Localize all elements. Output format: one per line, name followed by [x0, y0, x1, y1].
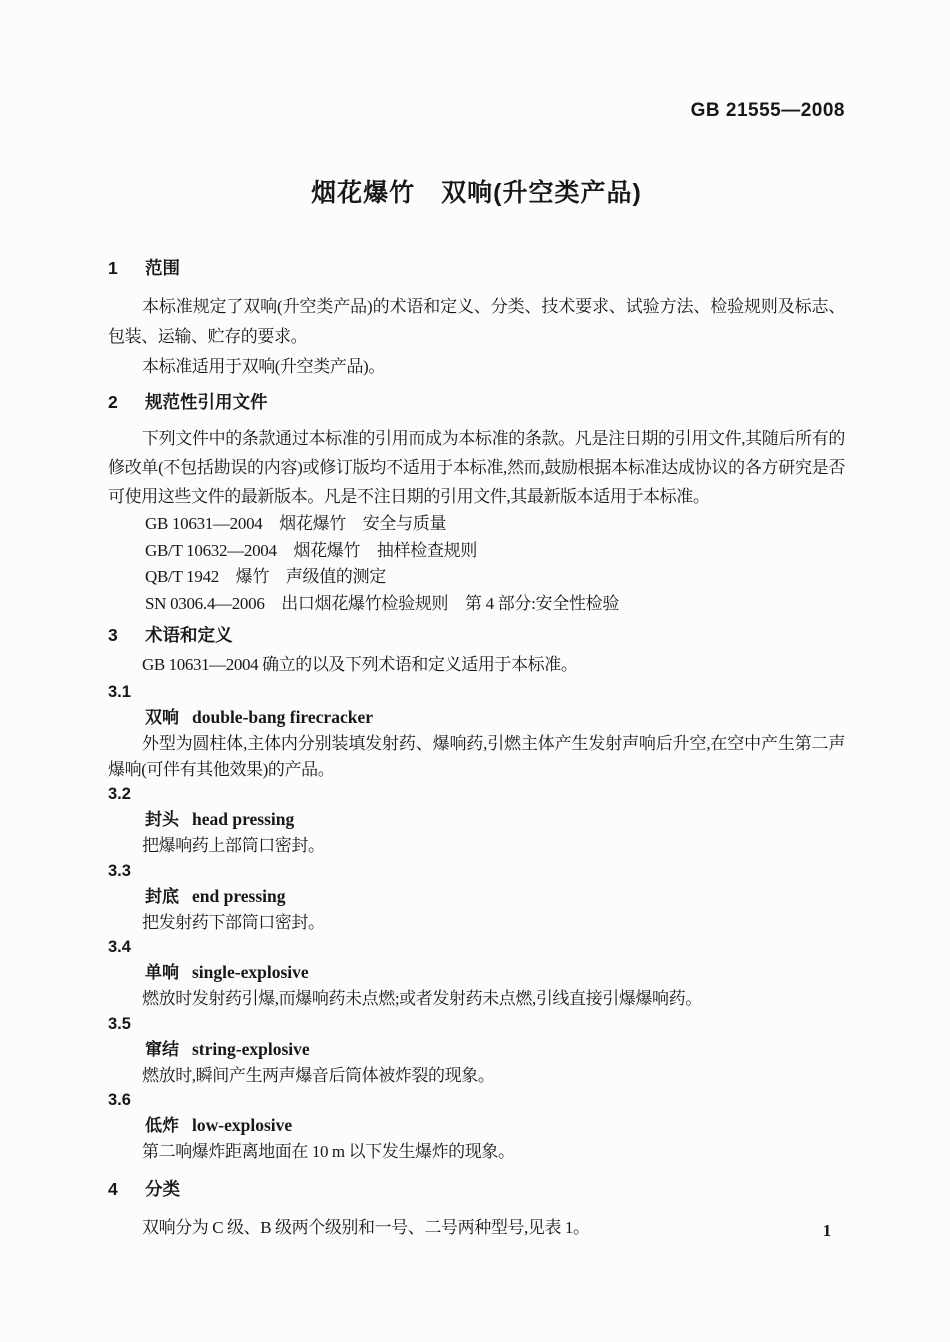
section-number: 2	[108, 392, 145, 412]
term-list: 3.1 双响double-bang firecracker 外型为圆柱体,主体内…	[108, 680, 845, 1165]
term-definition: 把爆响药上部筒口密封。	[108, 833, 845, 859]
term-name-chinese: 窜结	[145, 1040, 179, 1059]
term-entry-3-3: 3.3 封底end pressing 把发射药下部筒口密封。	[108, 859, 845, 936]
section-heading: 3术语和定义	[108, 625, 845, 645]
paragraph: 下列文件中的条款通过本标准的引用而成为本标准的条款。凡是注日期的引用文件,其随后…	[108, 424, 845, 511]
term-number: 3.1	[108, 680, 845, 705]
section-heading: 4分类	[108, 1179, 845, 1199]
section-heading: 1范围	[108, 258, 845, 278]
term-name: 单响single-explosive	[145, 960, 845, 986]
term-definition: 第二响爆炸距离地面在 10 m 以下发生爆炸的现象。	[108, 1139, 845, 1165]
term-name-english: single-explosive	[192, 962, 309, 982]
term-name-chinese: 低炸	[145, 1116, 179, 1135]
standard-number: GB 21555—2008	[108, 100, 845, 122]
term-number: 3.2	[108, 782, 845, 807]
standard-document-page: GB 21555—2008 烟花爆竹 双响(升空类产品) 1范围 本标准规定了双…	[0, 0, 950, 1342]
term-name-chinese: 双响	[145, 708, 179, 727]
reference-list: GB 10631—2004 烟花爆竹 安全与质量 GB/T 10632—2004…	[108, 511, 845, 617]
term-definition: 燃放时发射药引爆,而爆响药未点燃;或者发射药未点燃,引线直接引爆爆响药。	[108, 986, 845, 1012]
section-scope: 1范围 本标准规定了双响(升空类产品)的术语和定义、分类、技术要求、试验方法、检…	[108, 258, 845, 382]
term-number: 3.4	[108, 935, 845, 960]
term-name: 窜结string-explosive	[145, 1037, 845, 1063]
section-heading-text: 分类	[145, 1179, 180, 1199]
term-name: 封底end pressing	[145, 884, 845, 910]
term-name-english: double-bang firecracker	[192, 707, 373, 727]
section-number: 1	[108, 258, 145, 278]
term-number: 3.5	[108, 1012, 845, 1037]
term-name-chinese: 封底	[145, 887, 179, 906]
section-heading-text: 范围	[145, 258, 180, 278]
term-entry-3-5: 3.5 窜结string-explosive 燃放时,瞬间产生两声爆音后筒体被炸…	[108, 1012, 845, 1089]
section-normative-references: 2规范性引用文件 下列文件中的条款通过本标准的引用而成为本标准的条款。凡是注日期…	[108, 392, 845, 617]
section-number: 4	[108, 1179, 145, 1199]
term-entry-3-6: 3.6 低炸low-explosive 第二响爆炸距离地面在 10 m 以下发生…	[108, 1088, 845, 1165]
reference-item: QB/T 1942 爆竹 声级值的测定	[145, 564, 845, 591]
term-number: 3.3	[108, 859, 845, 884]
term-name-chinese: 单响	[145, 963, 179, 982]
paragraph: 本标准适用于双响(升空类产品)。	[108, 352, 845, 382]
section-heading-text: 术语和定义	[145, 625, 233, 645]
term-name: 双响double-bang firecracker	[145, 705, 845, 731]
paragraph: 双响分为 C 级、B 级两个级别和一号、二号两种型号,见表 1。	[108, 1213, 845, 1243]
paragraph: GB 10631—2004 确立的以及下列术语和定义适用于本标准。	[108, 651, 845, 678]
reference-item: GB/T 10632—2004 烟花爆竹 抽样检查规则	[145, 538, 845, 565]
term-name: 封头head pressing	[145, 807, 845, 833]
term-entry-3-2: 3.2 封头head pressing 把爆响药上部筒口密封。	[108, 782, 845, 859]
term-definition: 把发射药下部筒口密封。	[108, 910, 845, 936]
term-name-english: low-explosive	[192, 1115, 292, 1135]
reference-item: GB 10631—2004 烟花爆竹 安全与质量	[145, 511, 845, 538]
section-classification: 4分类 双响分为 C 级、B 级两个级别和一号、二号两种型号,见表 1。	[108, 1179, 845, 1243]
term-name-chinese: 封头	[145, 810, 179, 829]
term-definition: 外型为圆柱体,主体内分别装填发射药、爆响药,引燃主体产生发射声响后升空,在空中产…	[108, 731, 845, 782]
paragraph: 本标准规定了双响(升空类产品)的术语和定义、分类、技术要求、试验方法、检验规则及…	[108, 292, 845, 352]
term-definition: 燃放时,瞬间产生两声爆音后筒体被炸裂的现象。	[108, 1063, 845, 1089]
reference-item: SN 0306.4—2006 出口烟花爆竹检验规则 第 4 部分:安全性检验	[145, 591, 845, 618]
section-number: 3	[108, 625, 145, 645]
term-entry-3-1: 3.1 双响double-bang firecracker 外型为圆柱体,主体内…	[108, 680, 845, 782]
section-heading: 2规范性引用文件	[108, 392, 845, 412]
term-name-english: head pressing	[192, 809, 294, 829]
document-title: 烟花爆竹 双响(升空类产品)	[108, 176, 845, 210]
term-name-english: string-explosive	[192, 1039, 310, 1059]
term-number: 3.6	[108, 1088, 845, 1113]
term-name: 低炸low-explosive	[145, 1113, 845, 1139]
term-name-english: end pressing	[192, 886, 286, 906]
term-entry-3-4: 3.4 单响single-explosive 燃放时发射药引爆,而爆响药未点燃;…	[108, 935, 845, 1012]
section-terms-and-definitions: 3术语和定义 GB 10631—2004 确立的以及下列术语和定义适用于本标准。…	[108, 625, 845, 1165]
page-number: 1	[820, 1222, 834, 1240]
section-heading-text: 规范性引用文件	[145, 392, 268, 412]
